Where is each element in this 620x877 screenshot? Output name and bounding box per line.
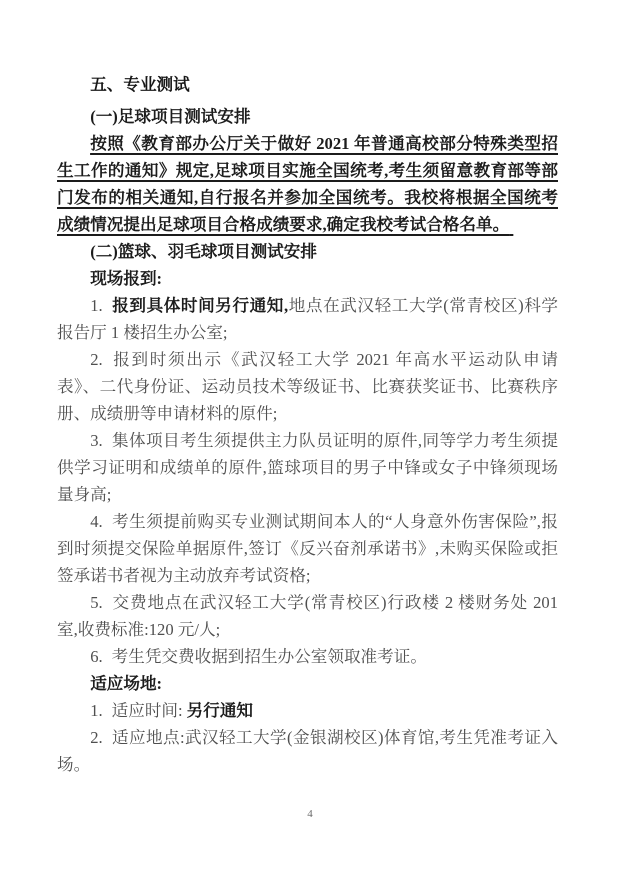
checkin-label: 现场报到: <box>57 265 558 292</box>
basketball-section-heading: (二)篮球、羽毛球项目测试安排 <box>57 238 558 265</box>
item-number: 6. <box>90 647 102 666</box>
item-number: 1. <box>90 296 102 315</box>
item-number: 4. <box>90 512 102 531</box>
checkin-item-2: 2.报到时须出示《武汉轻工大学 2021 年高水平运动队申请表》、二代身份证、运… <box>57 346 558 427</box>
item-number: 1. <box>90 701 102 720</box>
checkin-item-4-text: 考生须提前购买专业测试期间本人的“人身意外伤害保险”,报到时须提交保险单据原件,… <box>57 512 558 585</box>
checkin-item-1-bold: 报到具体时间另行通知, <box>112 296 289 315</box>
checkin-item-2-text: 报到时须出示《武汉轻工大学 2021 年高水平运动队申请表》、二代身份证、运动员… <box>57 350 558 423</box>
football-section-heading: (一)足球项目测试安排 <box>57 103 558 130</box>
checkin-item-3-text: 集体项目考生须提供主力队员证明的原件,同等学力考生须提供学习证明和成绩单的原件,… <box>57 431 558 504</box>
checkin-item-6: 6.考生凭交费收据到招生办公室领取准考证。 <box>57 643 558 670</box>
site-item-1: 1.适应时间:另行通知 <box>57 697 558 724</box>
football-statement-text: 按照《教育部办公厅关于做好 2021 年普通高校部分特殊类型招生工作的通知》规定… <box>57 134 558 234</box>
checkin-item-5: 5.交费地点在武汉轻工大学(常青校区)行政楼 2 楼财务处 201 室,收费标准… <box>57 589 558 643</box>
site-label: 适应场地: <box>57 670 558 697</box>
checkin-item-5-text: 交费地点在武汉轻工大学(常青校区)行政楼 2 楼财务处 201 室,收费标准:1… <box>57 593 558 639</box>
checkin-item-1: 1.报到具体时间另行通知,地点在武汉轻工大学(常青校区)科学报告厅 1 楼招生办… <box>57 292 558 346</box>
item-number: 3. <box>90 431 102 450</box>
document-content: 五、专业测试 (一)足球项目测试安排 按照《教育部办公厅关于做好 2021 年普… <box>57 71 558 778</box>
item-number: 5. <box>90 593 102 612</box>
checkin-item-3: 3.集体项目考生须提供主力队员证明的原件,同等学力考生须提供学习证明和成绩单的原… <box>57 427 558 508</box>
site-item-1-text: 适应时间: <box>112 701 183 720</box>
document-page: 五、专业测试 (一)足球项目测试安排 按照《教育部办公厅关于做好 2021 年普… <box>0 0 620 877</box>
checkin-item-6-text: 考生凭交费收据到招生办公室领取准考证。 <box>112 647 427 666</box>
checkin-item-4: 4.考生须提前购买专业测试期间本人的“人身意外伤害保险”,报到时须提交保险单据原… <box>57 508 558 589</box>
football-statement: 按照《教育部办公厅关于做好 2021 年普通高校部分特殊类型招生工作的通知》规定… <box>57 130 558 238</box>
item-number: 2. <box>90 728 102 747</box>
page-number: 4 <box>0 806 620 822</box>
site-item-2-text: 适应地点:武汉轻工大学(金银湖校区)体育馆,考生凭准考证入场。 <box>57 728 558 774</box>
main-heading: 五、专业测试 <box>57 71 558 98</box>
site-item-1-bold: 另行通知 <box>187 701 253 720</box>
item-number: 2. <box>90 350 102 369</box>
site-item-2: 2.适应地点:武汉轻工大学(金银湖校区)体育馆,考生凭准考证入场。 <box>57 724 558 778</box>
